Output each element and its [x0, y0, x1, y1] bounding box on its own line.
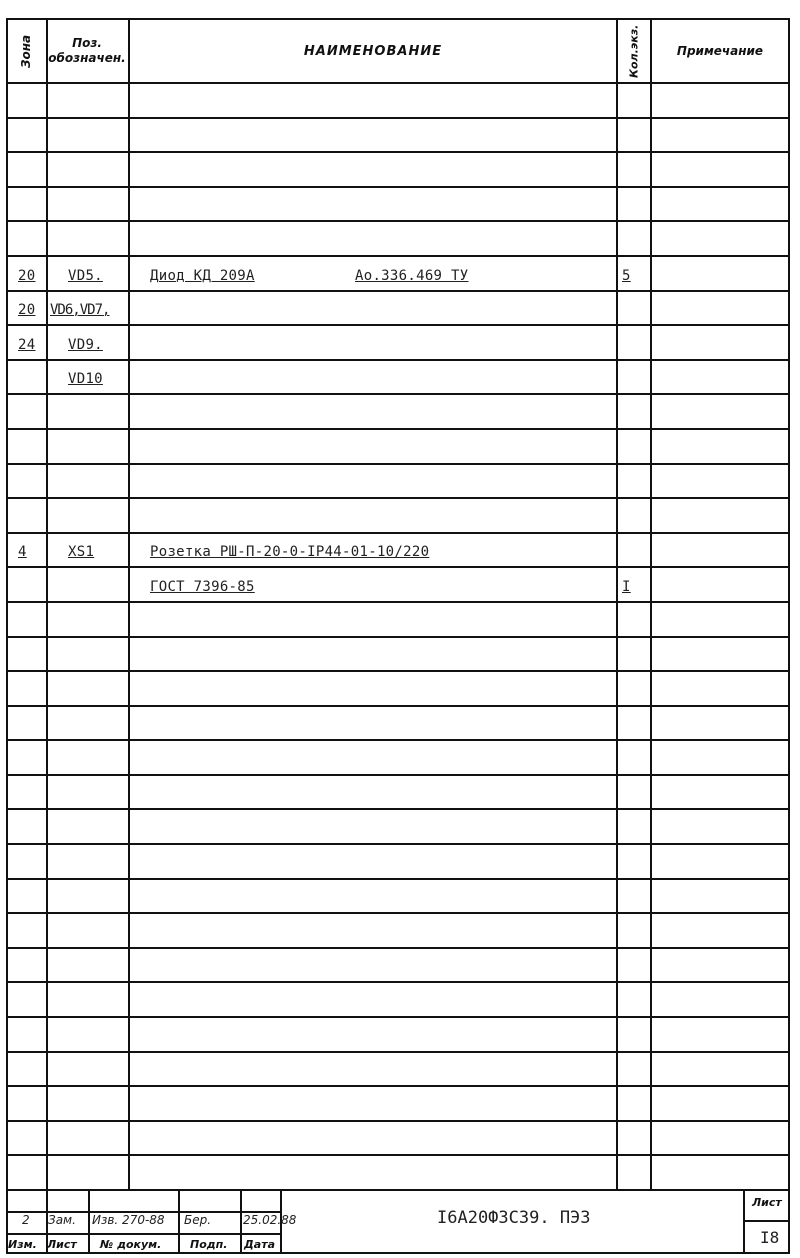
header-name: НАИМЕНОВАНИЕ — [130, 20, 616, 82]
cell-name: Розетка РШ-П-20-0-IP44-01-10/220 — [150, 544, 429, 560]
table-row — [6, 808, 790, 843]
table-row — [6, 774, 790, 809]
revision-change: 2 — [22, 1213, 30, 1227]
header-note: Примечание — [652, 20, 788, 82]
table-row — [6, 1085, 790, 1120]
label-doc-number: № докум. — [100, 1238, 161, 1251]
row-divider — [6, 1189, 790, 1191]
cell-quantity: 5 — [622, 268, 631, 284]
revision-signature: Бер. — [184, 1213, 211, 1227]
cell-position: VD6,VD7, — [50, 302, 109, 318]
cell-zone: 20 — [18, 268, 35, 284]
cell-name: ГОСТ 7396-85 — [150, 579, 255, 595]
cell-name-spec: Ао.336.469 ТУ — [355, 268, 468, 284]
table-row — [6, 186, 790, 221]
header-zone: Зона — [8, 20, 44, 82]
table-row — [6, 290, 790, 325]
table-row — [6, 1016, 790, 1051]
table-row — [6, 359, 790, 394]
table-row — [6, 324, 790, 359]
table-row — [6, 912, 790, 947]
specification-sheet: Зона Поз. обозначен. НАИМЕНОВАНИЕ Кол.эк… — [0, 0, 800, 1258]
title-block-divider — [88, 1189, 90, 1254]
table-row — [6, 843, 790, 878]
title-block-divider — [743, 1220, 790, 1222]
table-row — [6, 151, 790, 186]
revision-doc-number: Изв. 270-88 — [92, 1213, 165, 1227]
header-position-line2: обозначен. — [48, 51, 125, 66]
table-row — [6, 636, 790, 671]
table-row — [6, 1120, 790, 1155]
cell-zone: 20 — [18, 302, 35, 318]
table-row — [6, 878, 790, 913]
header-quantity: Кол.экз. — [618, 20, 650, 82]
label-change: Изм. — [8, 1238, 37, 1251]
table-row — [6, 670, 790, 705]
cell-name: Диод КД 209А — [150, 268, 255, 284]
table-row — [6, 220, 790, 255]
sheet-number: I8 — [760, 1228, 779, 1247]
table-row — [6, 463, 790, 498]
table-row — [6, 601, 790, 636]
cell-zone: 24 — [18, 337, 35, 353]
table-row — [6, 947, 790, 982]
cell-quantity: I — [622, 579, 631, 595]
cell-position: VD5. — [68, 268, 103, 284]
header-position-line1: Поз. — [72, 36, 102, 51]
table-row — [6, 1154, 790, 1189]
table-row — [6, 705, 790, 740]
header-position: Поз. обозначен. — [46, 20, 128, 82]
table-row — [6, 497, 790, 532]
revision-date: 25.02.88 — [243, 1213, 296, 1227]
label-sheet: Лист — [47, 1238, 77, 1251]
table-row — [6, 981, 790, 1016]
sheet-label: Лист — [752, 1196, 782, 1209]
table-row — [6, 117, 790, 152]
revision-sheet: Зам. — [48, 1213, 76, 1227]
label-signature: Подп. — [190, 1238, 227, 1251]
table-row — [6, 566, 790, 601]
title-block-divider — [178, 1189, 180, 1254]
table-row — [6, 428, 790, 463]
title-block-divider — [6, 1233, 280, 1235]
cell-position: VD10 — [68, 371, 103, 387]
table-row — [6, 393, 790, 428]
label-date: Дата — [244, 1238, 275, 1251]
table-row — [6, 82, 790, 117]
title-block-divider — [240, 1189, 242, 1254]
cell-position: XS1 — [68, 544, 94, 560]
cell-position: VD9. — [68, 337, 103, 353]
table-row — [6, 1051, 790, 1086]
table-row — [6, 739, 790, 774]
cell-zone: 4 — [18, 544, 27, 560]
document-code: I6А20Ф3С39. ПЭ3 — [437, 1208, 591, 1228]
